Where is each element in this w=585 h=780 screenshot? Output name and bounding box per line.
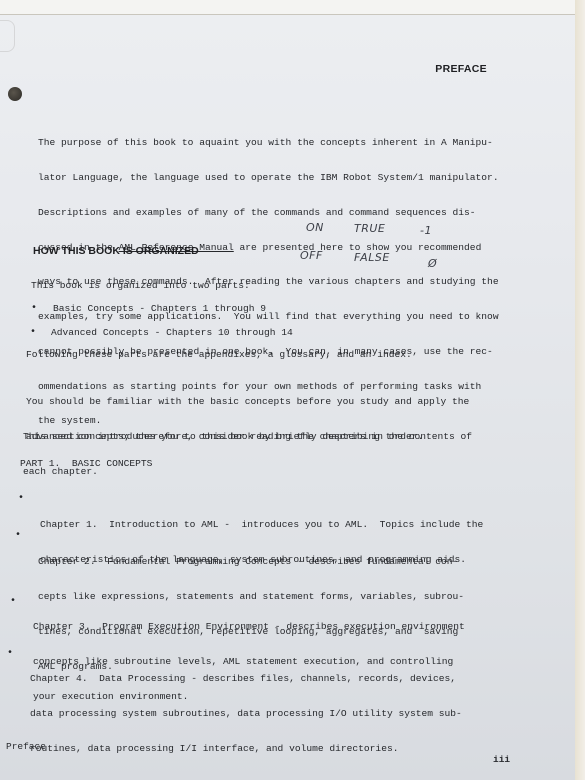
intro-line: The purpose of this book to aquaint you … [38, 137, 499, 149]
section-intro-paragraph: This section introduces you to this book… [23, 408, 472, 489]
organized-intro: This book is organized into two parts: [31, 280, 250, 292]
chapter-line: routines, data processing I/I interface,… [30, 743, 462, 755]
chapter-line: Chapter 1. Introduction to AML - introdu… [40, 519, 483, 531]
background-surface [0, 0, 585, 14]
page-edge [575, 0, 585, 780]
chapter-line: data processing system subroutines, data… [30, 708, 462, 720]
intro-line: Descriptions and examples of many of the… [38, 207, 499, 219]
binder-ring [0, 20, 15, 52]
page-number: iii [493, 754, 510, 765]
chapter-entry: Chapter 4. Data Processing - describes f… [30, 650, 462, 766]
handwritten-note: FALSE [354, 251, 390, 264]
chapter-line: Chapter 3. Program Execution Environment… [33, 621, 465, 633]
following-paragraph: Following these parts are the appendixes… [26, 349, 412, 361]
bullet-icon: • [10, 596, 16, 607]
handwritten-note: Ø [428, 257, 437, 270]
bullet-icon: • [18, 493, 24, 504]
part-list-item: Basic Concepts - Chapters 1 through 9 [53, 303, 266, 315]
footer-label: Preface [6, 741, 46, 752]
running-header: PREFACE [435, 63, 487, 75]
chapter-line: Chapter 4. Data Processing - describes f… [30, 673, 462, 685]
handwritten-note: ON [306, 221, 324, 234]
paragraph-line: You should be familiar with the basic co… [26, 396, 469, 408]
handwritten-note: OFF [300, 249, 323, 262]
punch-hole [8, 87, 22, 101]
section-heading: HOW THIS BOOK IS ORGANIZED [33, 245, 199, 257]
part-list-item: Advanced Concepts - Chapters 10 through … [51, 327, 293, 339]
intro-line: lator Language, the language used to ope… [38, 172, 499, 184]
bullet-icon: • [30, 327, 36, 338]
bullet-icon: • [31, 303, 37, 314]
bullet-icon: • [7, 648, 13, 659]
bullet-icon: • [15, 530, 21, 541]
part-heading: PART 1. BASIC CONCEPTS [20, 458, 152, 470]
handwritten-note: TRUE [354, 222, 385, 235]
chapter-line: Chapter 2. Fundamental Programming Conce… [38, 556, 464, 568]
paragraph-line: This section introduces you to this book… [23, 431, 472, 443]
handwritten-note: -1 [420, 224, 432, 237]
